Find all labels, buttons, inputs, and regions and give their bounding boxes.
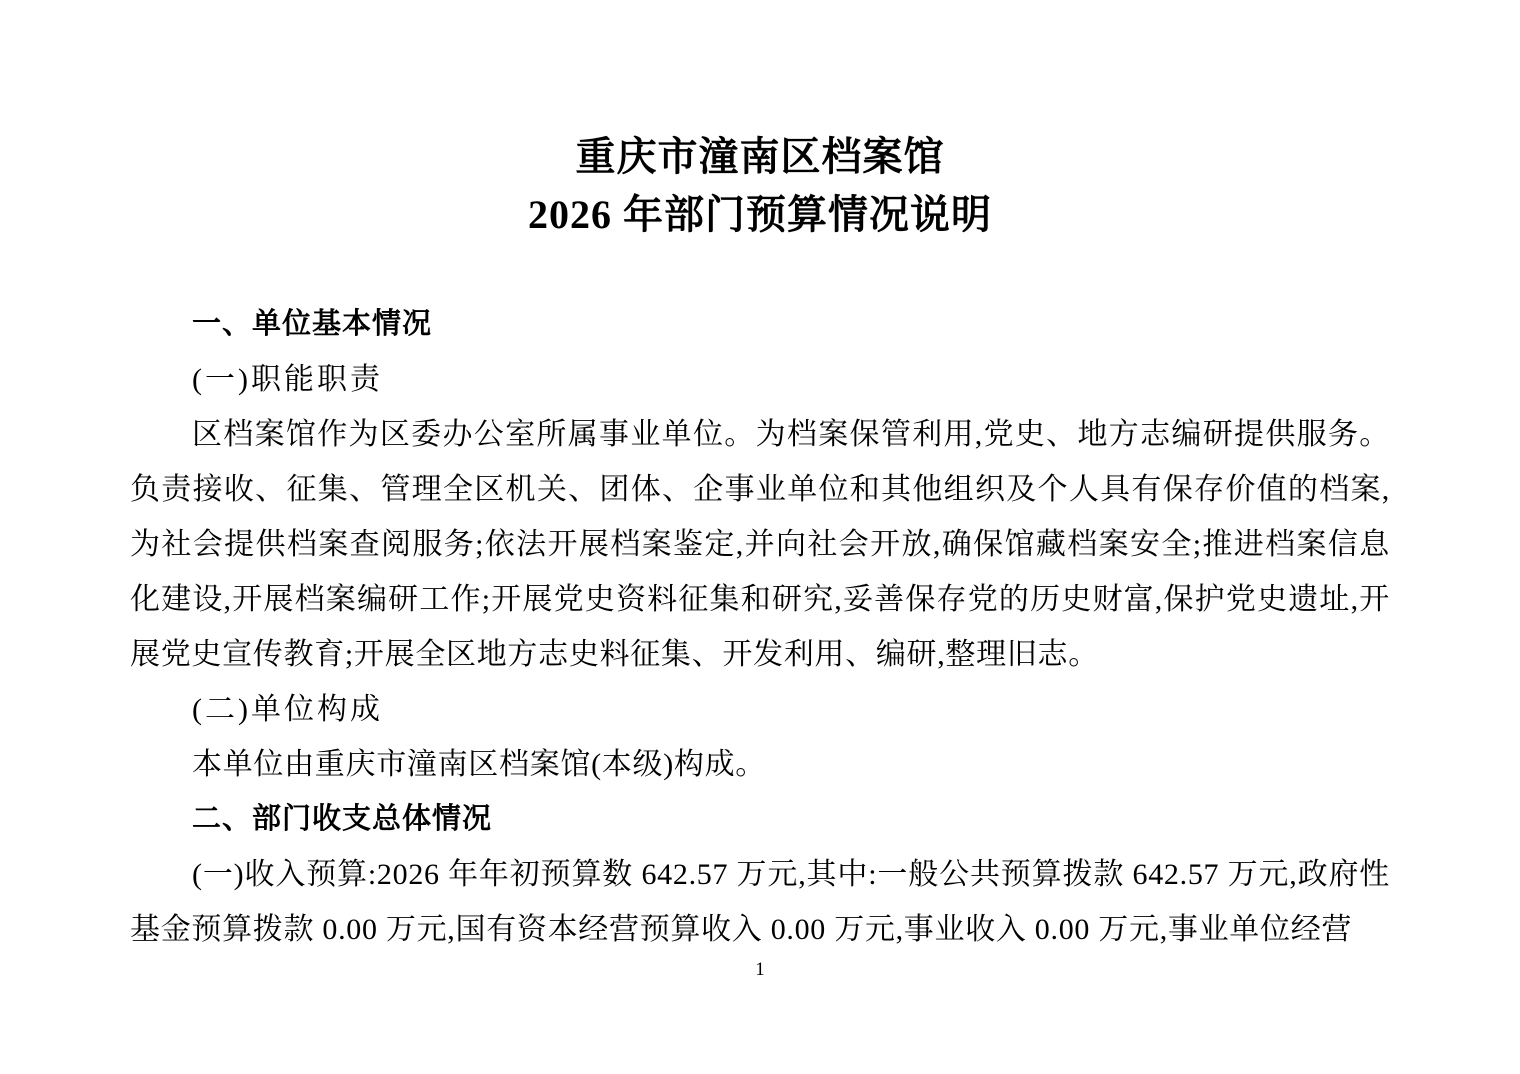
paragraph-revenue-budget: (一)收入预算:2026 年年初预算数 642.57 万元,其中:一般公共预算拨…	[130, 847, 1390, 957]
document-title-line1: 重庆市潼南区档案馆	[0, 128, 1520, 186]
document-page: 重庆市潼南区档案馆 2026 年部门预算情况说明 一、单位基本情况 (一)职能职…	[0, 0, 1520, 1074]
page-number: 1	[0, 958, 1520, 982]
paragraph-functions-duties: 区档案馆作为区委办公室所属事业单位。为档案保管利用,党史、地方志编研提供服务。负…	[130, 407, 1390, 682]
section-heading-basic-info: 一、单位基本情况	[130, 297, 1390, 352]
document-body: 一、单位基本情况 (一)职能职责 区档案馆作为区委办公室所属事业单位。为档案保管…	[130, 297, 1390, 957]
section-heading-revenue-expenditure: 二、部门收支总体情况	[130, 792, 1390, 847]
paragraph-unit-composition: 本单位由重庆市潼南区档案馆(本级)构成。	[130, 737, 1390, 792]
subsection-heading-functions: (一)职能职责	[130, 352, 1390, 407]
subsection-heading-unit-composition: (二)单位构成	[130, 682, 1390, 737]
document-title-line2: 2026 年部门预算情况说明	[0, 186, 1520, 244]
document-title: 重庆市潼南区档案馆 2026 年部门预算情况说明	[0, 128, 1520, 244]
